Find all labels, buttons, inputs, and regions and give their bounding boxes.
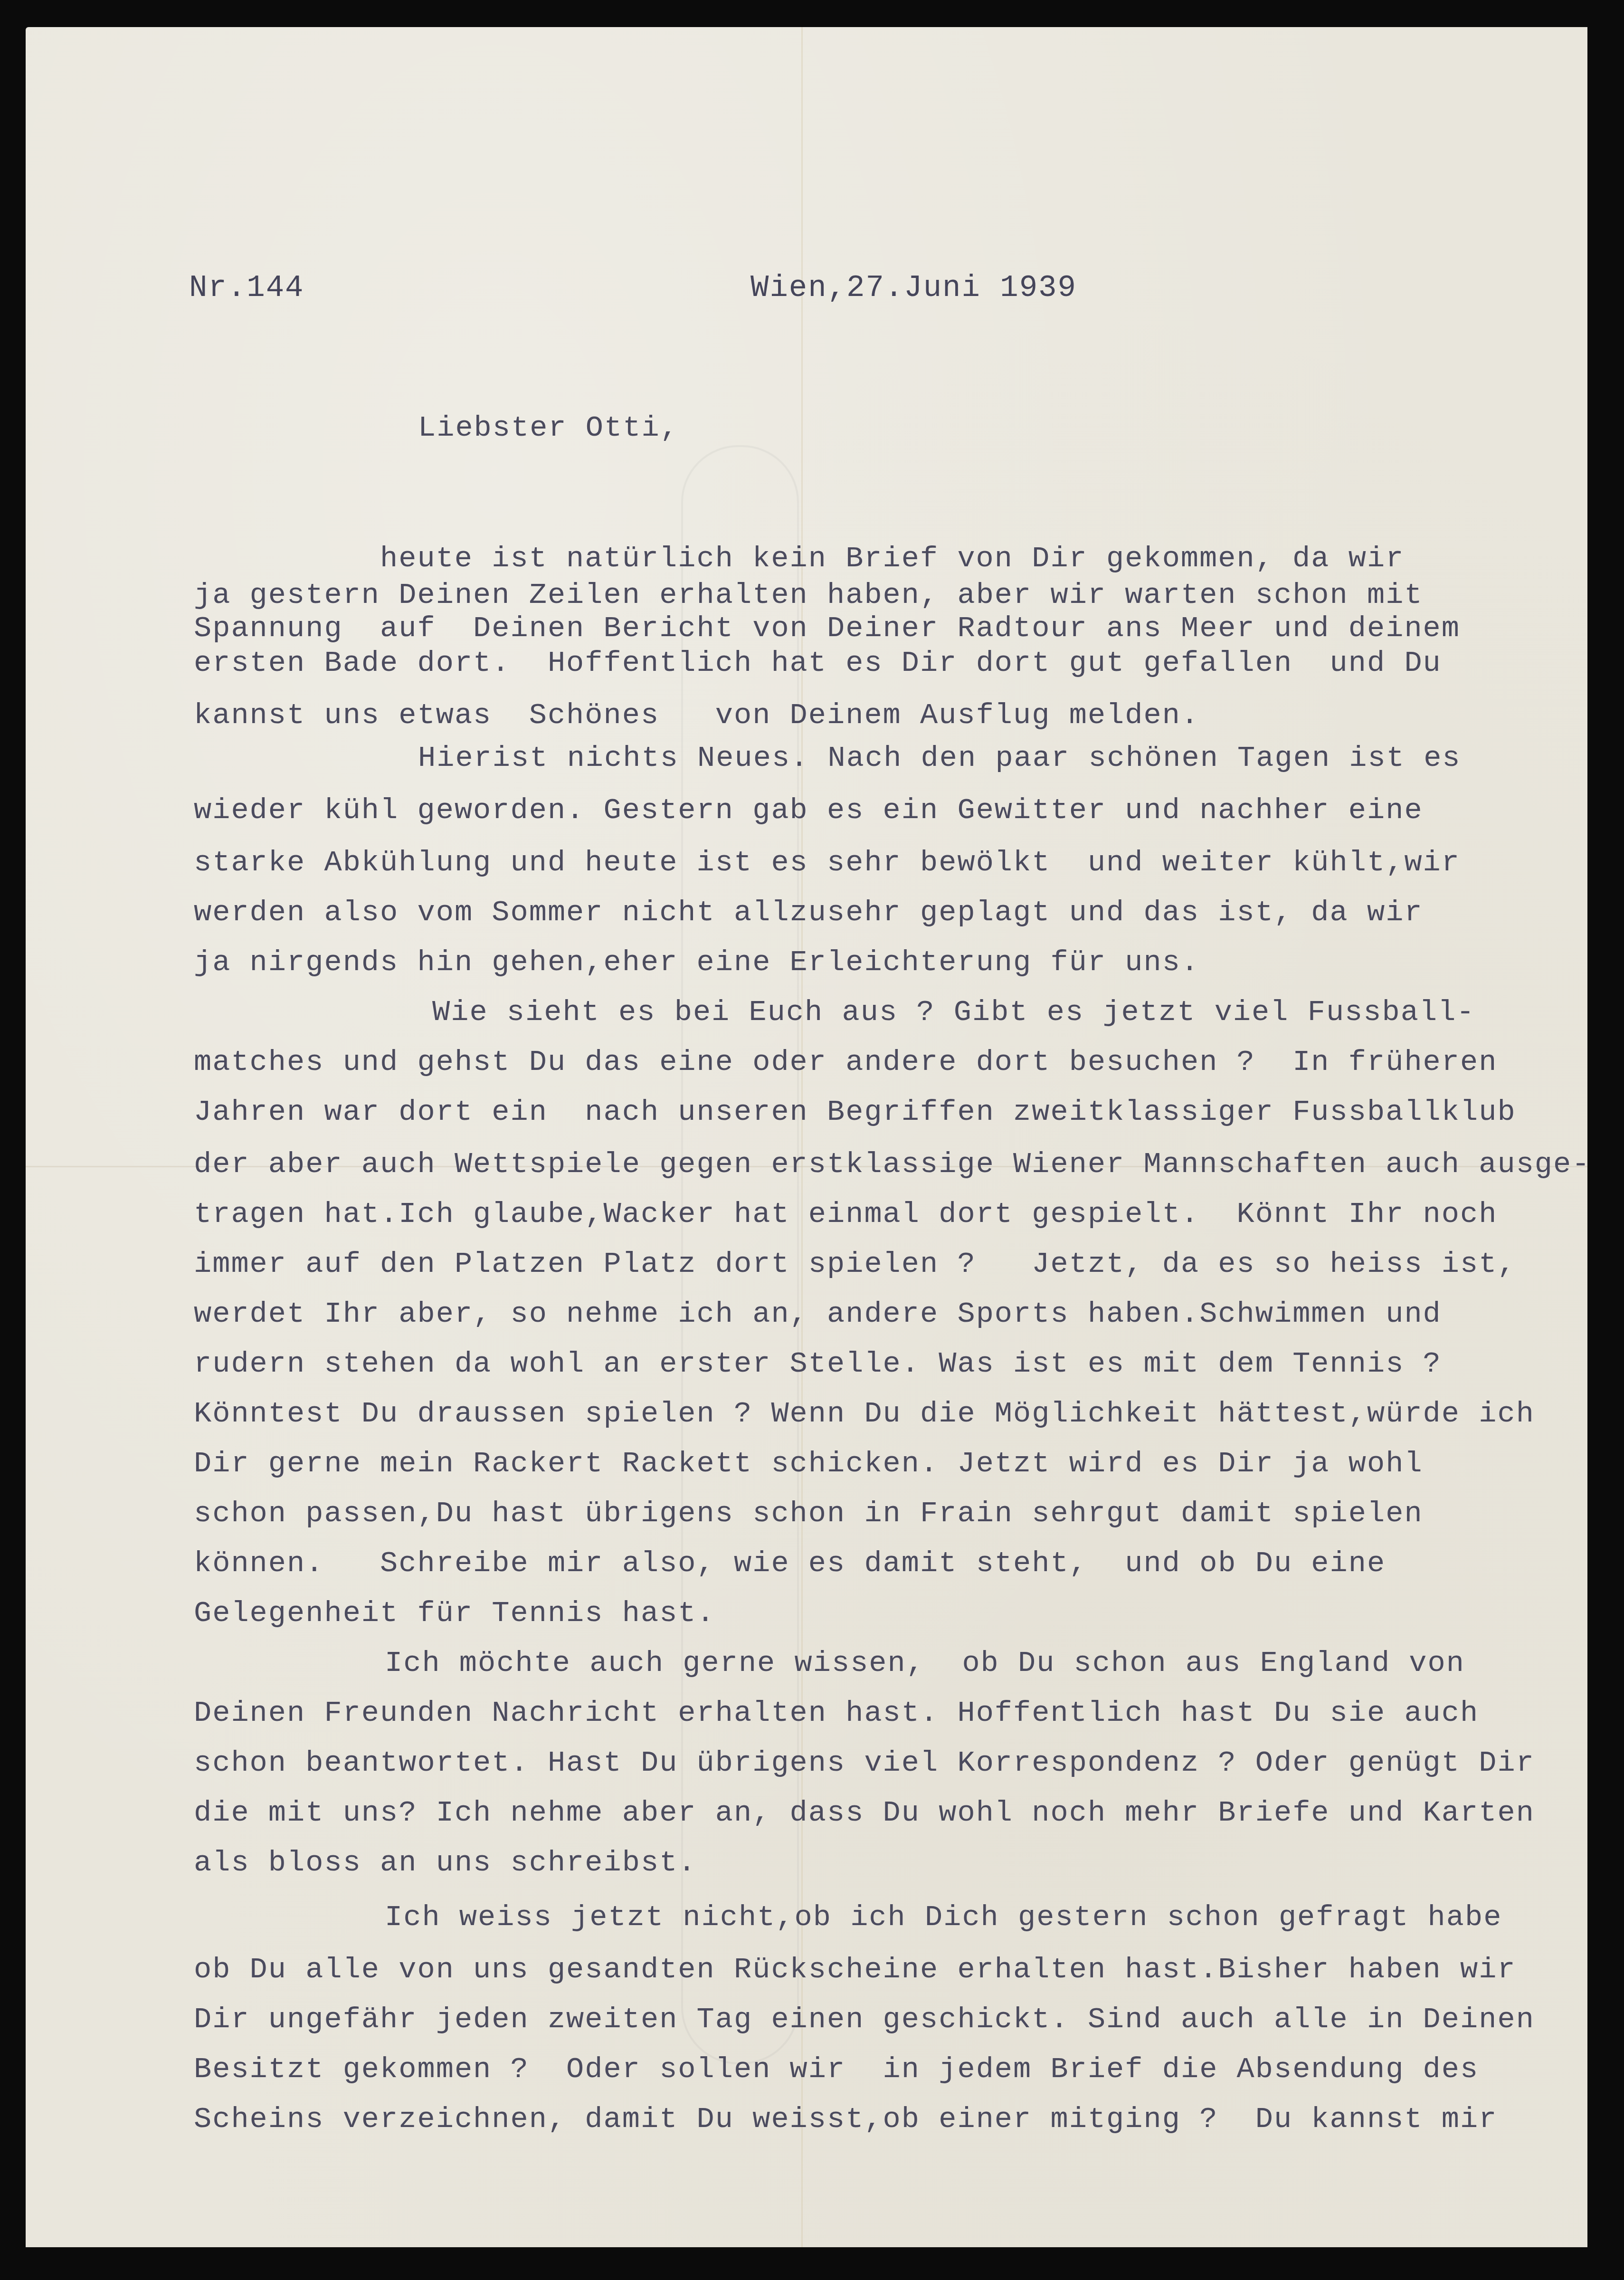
- body-line: ersten Bade dort. Hoffentlich hat es Dir…: [194, 649, 1442, 678]
- body-line: ja nirgends hin gehen,eher eine Erleicht…: [194, 948, 1199, 977]
- body-line: wieder kühl geworden. Gestern gab es ein…: [194, 796, 1423, 825]
- body-line: als bloss an uns schreibst.: [194, 1848, 697, 1878]
- body-line: der aber auch Wettspiele gegen erstklass…: [194, 1150, 1590, 1179]
- body-line: Hierist nichts Neues. Nach den paar schö…: [418, 744, 1461, 773]
- body-line: Wie sieht es bei Euch aus ? Gibt es jetz…: [432, 998, 1475, 1027]
- body-line: Ich möchte auch gerne wissen, ob Du scho…: [385, 1649, 1465, 1678]
- body-line: können. Schreibe mir also, wie es damit …: [194, 1549, 1386, 1578]
- body-line: Gelegenheit für Tennis hast.: [194, 1599, 715, 1628]
- body-line: Dir gerne mein Rackert Rackett schicken.…: [194, 1449, 1423, 1479]
- body-line: Dir ungefähr jeden zweiten Tag einen ges…: [194, 2005, 1535, 2034]
- body-line: starke Abkühlung und heute ist es sehr b…: [194, 848, 1460, 878]
- body-line: immer auf den Platzen Platz dort spielen…: [194, 1250, 1516, 1279]
- body-line: Deinen Freunden Nachricht erhalten hast.…: [194, 1698, 1479, 1728]
- body-line: ja gestern Deinen Zeilen erhalten haben,…: [194, 581, 1423, 610]
- body-line: rudern stehen da wohl an erster Stelle. …: [194, 1349, 1442, 1379]
- body-line: schon beantwortet. Hast Du übrigens viel…: [194, 1748, 1535, 1778]
- body-line: Scheins verzeichnen, damit Du weisst,ob …: [194, 2105, 1497, 2134]
- body-line: kannst uns etwas Schönes von Deinem Ausf…: [194, 701, 1199, 730]
- salutation: Liebster Otti,: [418, 413, 679, 443]
- body-line: Könntest Du draussen spielen ? Wenn Du d…: [194, 1399, 1535, 1429]
- body-line: Ich weiss jetzt nicht,ob ich Dich gester…: [385, 1903, 1502, 1932]
- body-line: werden also vom Sommer nicht allzusehr g…: [194, 898, 1423, 927]
- body-line: Jahren war dort ein nach unseren Begriff…: [194, 1097, 1516, 1127]
- body-line: heute ist natürlich kein Brief von Dir g…: [380, 544, 1404, 573]
- body-line: matches und gehst Du das eine oder ander…: [194, 1048, 1497, 1077]
- body-line: die mit uns? Ich nehme aber an, dass Du …: [194, 1798, 1535, 1828]
- letter-number: Nr.144: [189, 273, 304, 304]
- body-line: Spannung auf Deinen Bericht von Deiner R…: [194, 614, 1460, 643]
- place-date: Wien,27.Juni 1939: [750, 273, 1077, 304]
- body-line: schon passen,Du hast übrigens schon in F…: [194, 1499, 1423, 1528]
- body-line: Besitzt gekommen ? Oder sollen wir in je…: [194, 2055, 1479, 2084]
- body-line: ob Du alle von uns gesandten Rückscheine…: [194, 1955, 1516, 1984]
- body-line: werdet Ihr aber, so nehme ich an, andere…: [194, 1299, 1442, 1329]
- body-line: tragen hat.Ich glaube,Wacker hat einmal …: [194, 1200, 1497, 1229]
